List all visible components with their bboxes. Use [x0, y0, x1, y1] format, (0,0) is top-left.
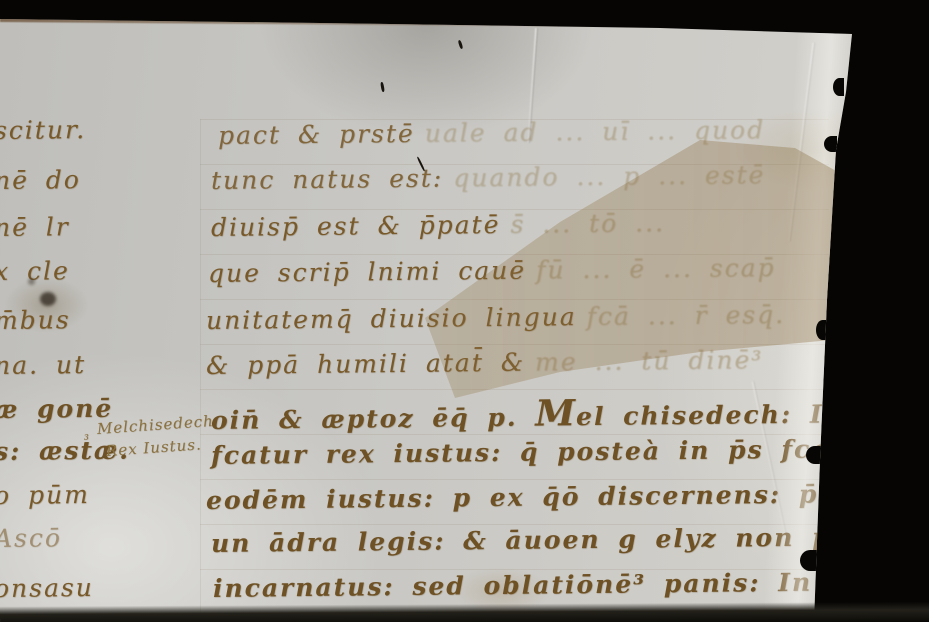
gloss-insertion-mark: ³: [83, 433, 90, 448]
left-column-fragment: na. ut: [0, 350, 86, 380]
left-column-fragment: m̄bus: [0, 305, 71, 335]
stitch-notch: [816, 320, 827, 340]
left-column-fragment: scitur.: [0, 115, 86, 145]
left-column-fragment: nē lr: [0, 212, 70, 242]
main-text-line: pact & prstēuale ad ... uī ... quod: [218, 115, 765, 150]
line-text-strong: oin̄ & æptoz ēq̄ p.: [211, 403, 518, 435]
main-text-line: un ādra legis: & āuoen g elyz non pecudē…: [211, 521, 929, 558]
left-column-fragment: o pūm: [0, 480, 90, 510]
stitch-notch: [824, 136, 837, 152]
parchment-page: scitur. nē do nē lr x cle m̄bus na. ut æ…: [0, 0, 929, 622]
stain-smudge: [40, 292, 56, 306]
stain-smudge: [28, 278, 35, 285]
line-text-strong: pact & prstē: [218, 119, 415, 150]
line-text-strong: el chisedech: In cor̄: [576, 399, 913, 432]
line-text-strong: diuisp̄ est & p̄patē: [211, 210, 501, 242]
line-initial-letter: M: [535, 392, 576, 434]
left-column-fragment: Ascō: [0, 523, 62, 553]
left-column-fragment: onsasu: [0, 573, 94, 603]
ink-speck: [458, 40, 464, 49]
parchment-top-edge: [0, 18, 860, 29]
line-text-strong: tunc natus est:: [211, 164, 444, 195]
marginal-note-line1: Melchisedech: [96, 412, 214, 438]
stitch-notch: [800, 550, 817, 571]
manuscript-slide-photo: scitur. nē do nē lr x cle m̄bus na. ut æ…: [0, 0, 929, 622]
ink-speck: [380, 82, 385, 92]
left-column-fragment: nē do: [0, 165, 81, 195]
line-text-strong: un ādra legis: & āuoen g elyz non pecudē…: [211, 521, 929, 558]
stitch-notch: [806, 446, 821, 464]
stitch-notch: [833, 78, 844, 96]
